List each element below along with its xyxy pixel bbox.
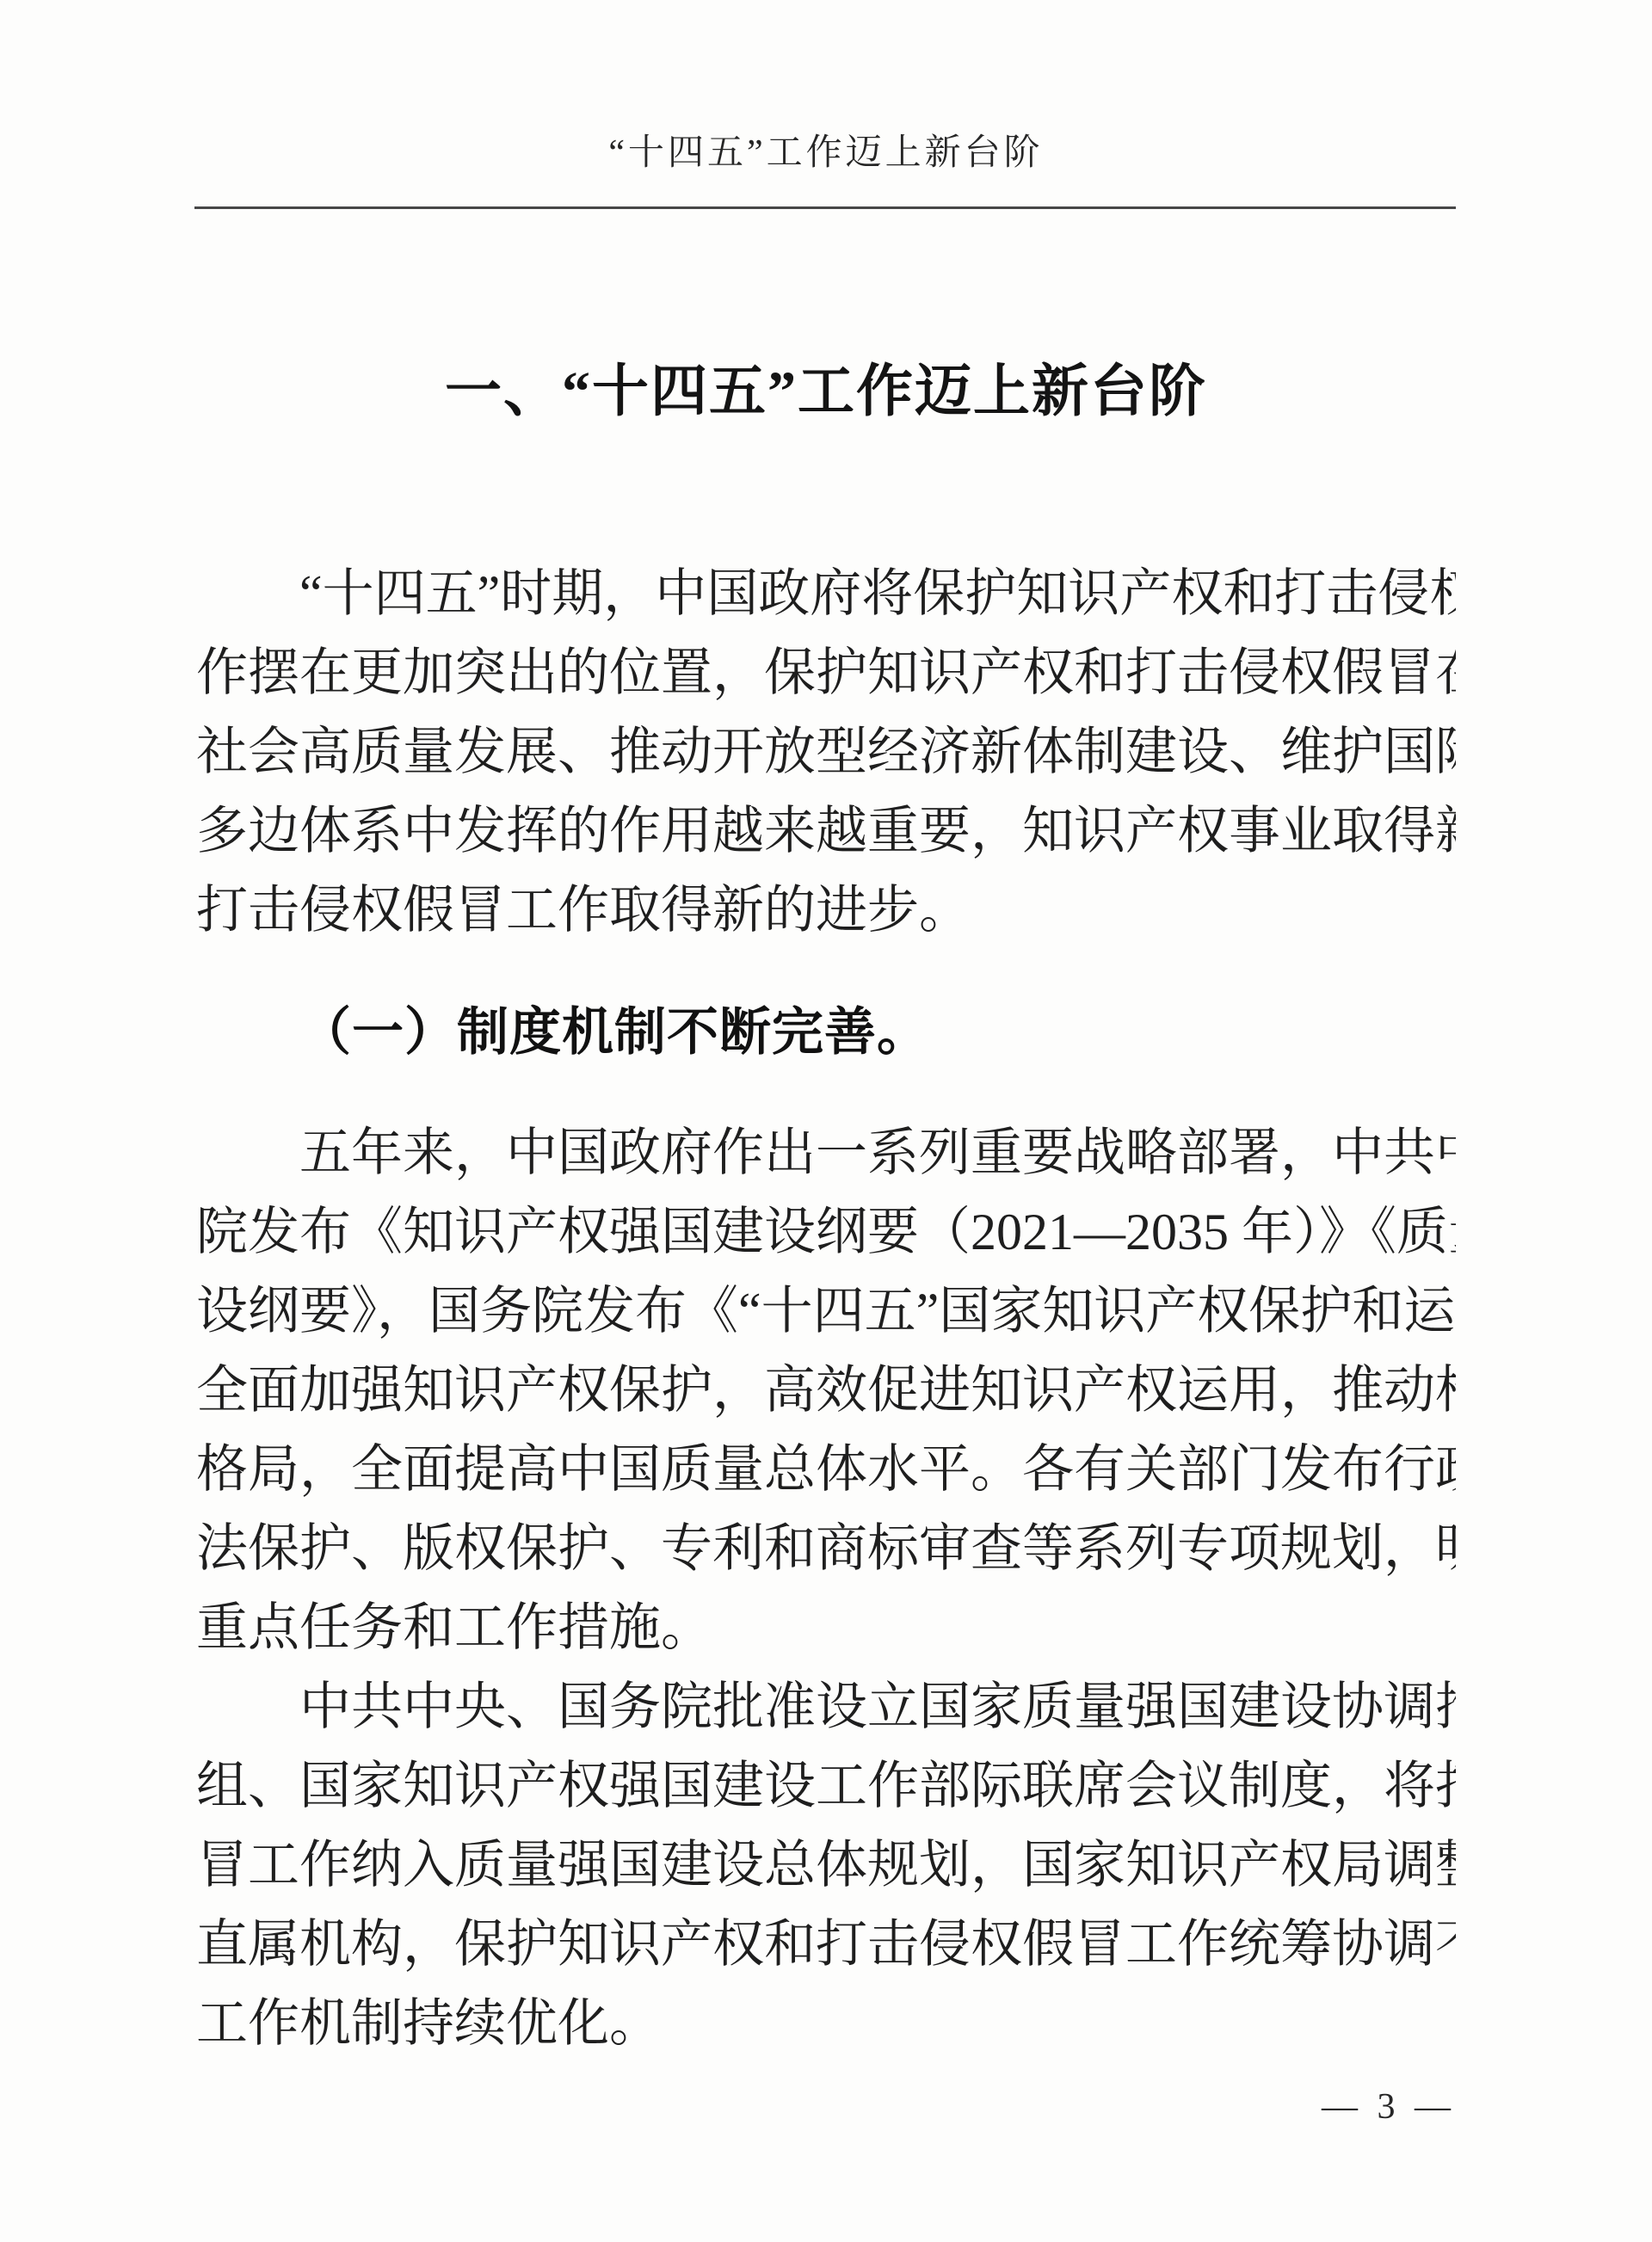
text-line: 重点任务和工作措施。 (196, 1588, 1456, 1667)
text-line: 格局，全面提高中国质量总体水平。各有关部门发布行政保护、司 (196, 1430, 1456, 1509)
header-rule (194, 206, 1456, 209)
text-line: 中共中央、国务院批准设立国家质量强国建设协调推进领导小 (196, 1667, 1456, 1746)
running-header: “十四五”工作迈上新台阶 (0, 129, 1652, 177)
text-line: 组、国家知识产权强国建设工作部际联席会议制度，将打击侵权假 (196, 1746, 1456, 1826)
paragraph-1: “十四五”时期，中国政府将保护知识产权和打击侵权假冒工作摆在更加突出的位置，保护… (196, 554, 1456, 950)
paragraph-3: 中共中央、国务院批准设立国家质量强国建设协调推进领导小组、国家知识产权强国建设工… (196, 1667, 1456, 2063)
body-content: “十四五”时期，中国政府将保护知识产权和打击侵权假冒工作摆在更加突出的位置，保护… (196, 554, 1456, 2063)
text-line: 打击侵权假冒工作取得新的进步。 (196, 871, 1456, 950)
text-line: 作摆在更加突出的位置，保护知识产权和打击侵权假冒在促进经济 (196, 633, 1456, 712)
section-heading: （一）制度机制不断完善。 (196, 993, 1456, 1072)
text-line: 院发布《知识产权强国建设纲要（2021—2035 年）》《质量强国建 (196, 1192, 1456, 1272)
text-line: 全面加强知识产权保护，高效促进知识产权运用，推动构建新发展 (196, 1351, 1456, 1430)
page-title: 一、“十四五”工作迈上新台阶 (0, 351, 1652, 434)
text-line: 五年来，中国政府作出一系列重要战略部署，中共中央、国务 (196, 1113, 1456, 1192)
text-line: 工作机制持续优化。 (196, 1984, 1456, 2063)
page-number: — 3 — (1322, 2085, 1456, 2128)
text-line: 社会高质量发展、推动开放型经济新体制建设、维护国际知识产权 (196, 712, 1456, 791)
document-page: “十四五”工作迈上新台阶 一、“十四五”工作迈上新台阶 “十四五”时期，中国政府… (0, 0, 1652, 2242)
text-line: 法保护、版权保护、专利和商标审查等系列专项规划，明确各领域 (196, 1509, 1456, 1588)
paragraph-2: 五年来，中国政府作出一系列重要战略部署，中共中央、国务院发布《知识产权强国建设纲… (196, 1113, 1456, 1667)
text-line: 设纲要》，国务院发布《“十四五”国家知识产权保护和运用规划》， (196, 1272, 1456, 1351)
text-line: 冒工作纳入质量强国建设总体规划，国家知识产权局调整为国务院 (196, 1826, 1456, 1905)
text-line: “十四五”时期，中国政府将保护知识产权和打击侵权假冒工 (196, 554, 1456, 633)
text-line: 多边体系中发挥的作用越来越重要，知识产权事业取得新的成就， (196, 791, 1456, 871)
text-line: 直属机构，保护知识产权和打击侵权假冒工作统筹协调不断加强、 (196, 1905, 1456, 1984)
